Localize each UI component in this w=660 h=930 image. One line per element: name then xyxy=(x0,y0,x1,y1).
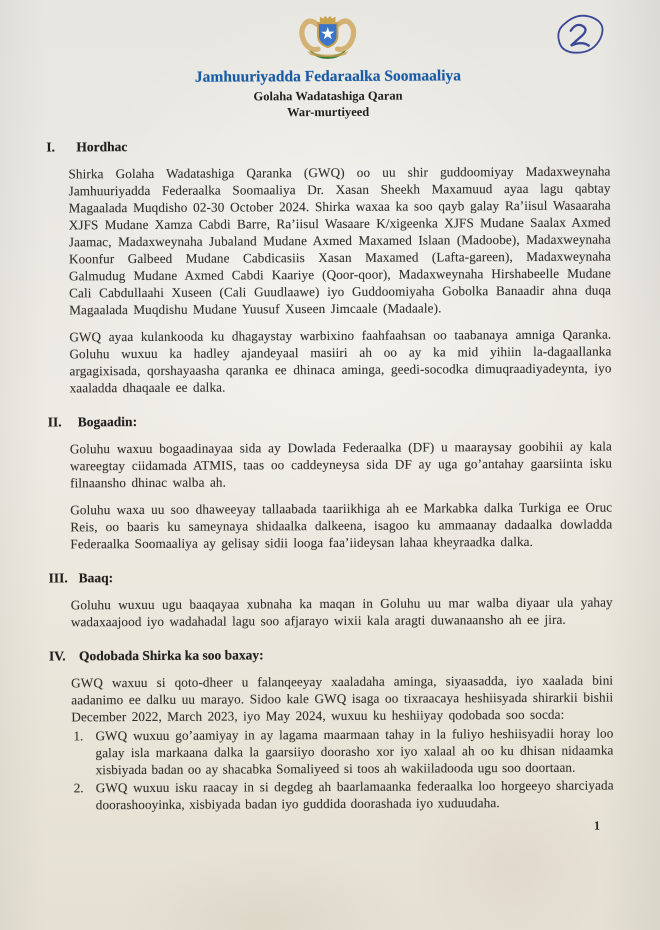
section-baaq: III. Baaq: Goluhu wuxuu ugu baaqayaa xub… xyxy=(49,568,613,631)
list-item: 1. GWQ wuxuu go’aamiyay in ay lagama maa… xyxy=(71,725,613,779)
section-numeral: II. xyxy=(48,414,78,430)
list-item-text: GWQ wuxuu isku raacay in si degdeg ah ba… xyxy=(96,777,614,814)
section-bogaadin: II. Bogaadin: Goluhu waxuu bogaadinayaa … xyxy=(48,412,613,553)
paragraph: Shirka Golaha Wadatashiga Qaranka (GWQ) … xyxy=(68,163,611,319)
section-hordhac: I. Hordhac Shirka Golaha Wadatashiga Qar… xyxy=(46,137,611,397)
list-item: 2. GWQ wuxuu isku raacay in si degdeg ah… xyxy=(72,777,614,814)
somalia-coat-of-arms-icon xyxy=(289,14,367,66)
section-heading: I. Hordhac xyxy=(46,137,610,156)
section-title: Hordhac xyxy=(76,139,127,155)
paragraph: Goluhu waxa uu soo dhaweeyay tallaabada … xyxy=(70,499,612,553)
circle-ink-icon xyxy=(548,11,612,65)
list-item-text: GWQ wuxuu go’aamiyay in ay lagama maarma… xyxy=(95,725,613,779)
scanned-document-page: Jamhuuriyadda Fedaraalka Soomaaliya Gola… xyxy=(0,0,660,930)
document-header: Jamhuuriyadda Fedaraalka Soomaaliya Gola… xyxy=(46,13,611,122)
paragraph: GWQ waxuu si qoto-dheer u falanqeeyay xa… xyxy=(71,672,613,726)
country-title: Jamhuuriyadda Fedaraalka Soomaaliya xyxy=(46,67,610,88)
section-qodobada: IV. Qodobada Shirka ka soo baxay: GWQ wa… xyxy=(49,646,614,814)
document-type-label: War-murtiyeed xyxy=(46,104,610,122)
section-heading: III. Baaq: xyxy=(49,568,613,587)
section-numeral: I. xyxy=(46,139,76,155)
handwritten-circled-number xyxy=(548,11,612,70)
list-item-number: 2. xyxy=(72,779,96,813)
paragraph: GWQ ayaa kulankooda ku dhagaystay warbix… xyxy=(69,326,611,397)
council-name: Golaha Wadatashiga Qaran xyxy=(46,88,610,106)
section-heading: II. Bogaadin: xyxy=(48,412,612,431)
section-title: Baaq: xyxy=(79,570,114,586)
section-numeral: IV. xyxy=(49,648,79,664)
list-item-number: 1. xyxy=(71,727,95,778)
resolutions-list: 1. GWQ wuxuu go’aamiyay in ay lagama maa… xyxy=(71,725,613,814)
section-title: Qodobada Shirka ka soo baxay: xyxy=(79,647,264,664)
page-number: 1 xyxy=(594,819,600,834)
paragraph: Goluhu waxuu bogaadinayaa sida ay Dowlad… xyxy=(70,438,612,492)
section-numeral: III. xyxy=(49,570,79,586)
section-title: Bogaadin: xyxy=(78,414,137,430)
paragraph: Goluhu wuxuu ugu baaqayaa xubnaha ka maq… xyxy=(71,594,613,631)
section-heading: IV. Qodobada Shirka ka soo baxay: xyxy=(49,646,613,665)
